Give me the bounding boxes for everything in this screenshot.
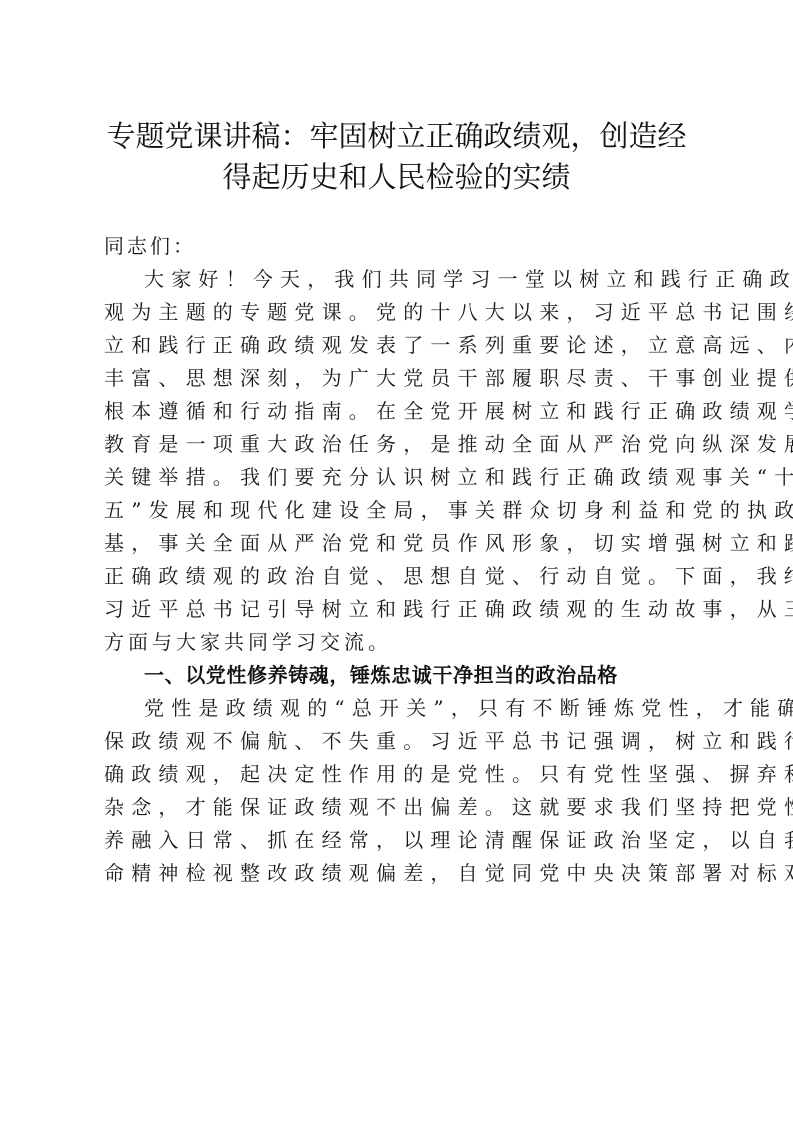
paragraph-line: 基，事关全面从严治党和党员作风形象，切实增强树立和践行 xyxy=(104,527,688,560)
paragraph-line: 教育是一项重大政治任务，是推动全面从严治党向纵深发展的 xyxy=(104,428,688,461)
section-1-heading: 一、以党性修养铸魂，锤炼忠诚干净担当的政治品格 xyxy=(104,659,688,692)
paragraph-line: 命精神检视整改政绩观偏差，自觉同党中央决策部署对标对 xyxy=(104,857,688,890)
paragraph-line: 党性是政绩观的“总开关”，只有不断锤炼党性，才能确 xyxy=(104,692,688,725)
paragraph-line: 关键举措。我们要充分认识树立和践行正确政绩观事关“十五 xyxy=(104,461,688,494)
document-body: 同志们： 大家好！今天，我们共同学习一堂以树立和践行正确政绩 观为主题的专题党课… xyxy=(104,230,688,890)
paragraph-line: 大家好！今天，我们共同学习一堂以树立和践行正确政绩 xyxy=(104,263,688,296)
paragraph-line: 杂念，才能保证政绩观不出偏差。这就要求我们坚持把党性修 xyxy=(104,791,688,824)
paragraph-line: 养融入日常、抓在经常，以理论清醒保证政治坚定，以自我革 xyxy=(104,824,688,857)
paragraph-line: 确政绩观，起决定性作用的是党性。只有党性坚强、摒弃私心 xyxy=(104,758,688,791)
paragraph-line: 保政绩观不偏航、不失重。习近平总书记强调，树立和践行正 xyxy=(104,725,688,758)
intro-paragraph: 大家好！今天，我们共同学习一堂以树立和践行正确政绩 观为主题的专题党课。党的十八… xyxy=(104,263,688,659)
title-line-1: 专题党课讲稿：牢固树立正确政绩观，创造经 xyxy=(60,116,733,157)
title-line-2: 得起历史和人民检验的实绩 xyxy=(60,157,733,198)
document-page: 专题党课讲稿：牢固树立正确政绩观，创造经 得起历史和人民检验的实绩 同志们： 大… xyxy=(0,0,793,1122)
paragraph-line: 立和践行正确政绩观发表了一系列重要论述，立意高远、内涵 xyxy=(104,329,688,362)
section-1-paragraph: 党性是政绩观的“总开关”，只有不断锤炼党性，才能确 保政绩观不偏航、不失重。习近… xyxy=(104,692,688,890)
paragraph-line: 观为主题的专题党课。党的十八大以来，习近平总书记围绕树 xyxy=(104,296,688,329)
paragraph-line: 根本遵循和行动指南。在全党开展树立和践行正确政绩观学习 xyxy=(104,395,688,428)
document-title: 专题党课讲稿：牢固树立正确政绩观，创造经 得起历史和人民检验的实绩 xyxy=(60,116,733,198)
paragraph-line: 正确政绩观的政治自觉、思想自觉、行动自觉。下面，我结合 xyxy=(104,560,688,593)
paragraph-line: 方面与大家共同学习交流。 xyxy=(104,626,688,659)
paragraph-line: 习近平总书记引导树立和践行正确政绩观的生动故事，从三个 xyxy=(104,593,688,626)
paragraph-line: 丰富、思想深刻，为广大党员干部履职尽责、干事创业提供了 xyxy=(104,362,688,395)
salutation: 同志们： xyxy=(104,230,688,263)
paragraph-line: 五”发展和现代化建设全局，事关群众切身利益和党的执政根 xyxy=(104,494,688,527)
